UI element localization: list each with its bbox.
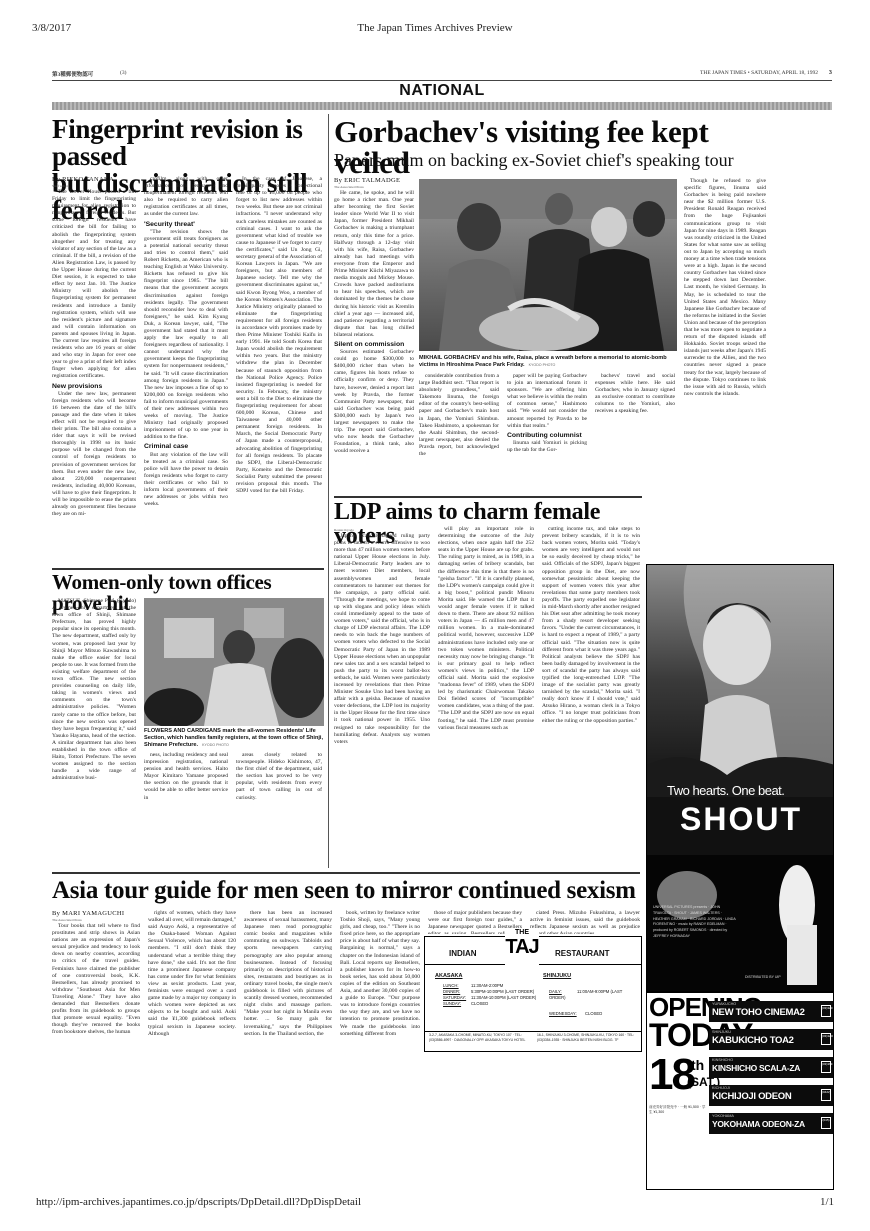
masthead-date: THE JAPAN TIMES • SATURDAY, APRIL 18, 19… (700, 70, 818, 76)
address-rule (425, 1031, 641, 1032)
taj-logo: THE TAJ (505, 929, 539, 969)
gorbachev-subhead: Papers mum on backing ex-Soviet chief's … (334, 150, 734, 171)
women-offices-caption: FLOWERS AND CARDIGANS mark the all-women… (144, 728, 326, 749)
subhead: Contributing columnist (507, 432, 587, 439)
opening-today-panel: OPENING TODAY 18 th (SAT.) 前売券好評発売中 · 一般… (646, 992, 834, 1190)
paragraph: will play an important role in determini… (438, 526, 534, 732)
hours-value: 5:30PM-10:00PM (LAST ORDER) (471, 989, 534, 994)
theater-area: SHINJUKU (712, 1030, 731, 1034)
hours-label: WEDNESDAY: (549, 1011, 585, 1017)
movie-tagline: Two hearts. One beat. (667, 783, 784, 798)
paragraph: Tour books that tell where to find prost… (52, 923, 140, 1037)
theater-phone: (03)3200 (821, 1033, 831, 1045)
browser-print-header: 3/8/2017 The Japan Times Archives Previe… (0, 0, 870, 40)
hours-value: CLOSED (471, 1001, 488, 1006)
asia-tour-byline: By MARI YAMAGUCHI (52, 910, 124, 917)
location-akasaka: AKASAKA (435, 973, 463, 979)
gorbachev-credit: The Associated Press (334, 185, 364, 189)
gorbachev-caption: MIKHAIL GORBACHEV and his wife, Raisa, p… (419, 355, 679, 369)
paragraph: considerable contribution from a large B… (419, 373, 499, 458)
photo-image (419, 179, 677, 351)
paragraph: He came, he spoke, and he will go home a… (334, 190, 414, 339)
fingerprint-credit: Staff writer (52, 184, 68, 188)
paragraph: In the case of Japanese, a municipality … (236, 176, 322, 495)
fingerprint-byline: By RIEKO TANAKA (52, 176, 114, 183)
movie-credits: UNIVERSAL PICTURES presents · JOHN TRAVO… (653, 905, 739, 940)
paragraph: Under the new law, permanent foreign res… (52, 391, 136, 519)
paragraph: cutting income tax, and take steps to pr… (542, 526, 640, 725)
hours-value: 11:30AM-2:00PM (471, 983, 503, 988)
theater-name: YOKOHAMA ODEON-ZA (712, 1119, 805, 1129)
theater-phone: (045) (821, 1117, 831, 1129)
folio-line: 第3種郵便物認可 (3) THE JAPAN TIMES • SATURDAY,… (52, 68, 832, 80)
hours-value: CLOSED (585, 1011, 602, 1016)
women-offices-col-3: areas closely related to townspeople. Hi… (236, 752, 322, 812)
theater-item: SHINJUKU KABUKICHO TOA2 (03)3200 (709, 1029, 833, 1050)
movie-distributor: DISTRIBUTED BY UIP (745, 975, 781, 979)
ldp-col-1: Japan's scandal-plagued ruling party pla… (334, 533, 430, 868)
shinjuku-address: 16-1, SHINJUKU 3-CHOME, SHINJUKU-KU, TOK… (537, 1033, 637, 1042)
hours-row: DAILY:11:00AM-9:00PM (LAST ORDER) (549, 989, 639, 1001)
gorbachev-byline: By ERIC TALMADGE (334, 177, 400, 184)
akasaka-address: 3-2-7, AKASAKA 3-CHOME, MINATO-KU, TOKYO… (429, 1033, 529, 1042)
asia-tour-col-1: Tour books that tell where to find prost… (52, 923, 140, 1043)
hours-label: SUNDAY: (443, 1001, 471, 1007)
caption-text: FLOWERS AND CARDIGANS mark the all-women… (144, 728, 323, 748)
spacer (549, 1001, 639, 1011)
folio-number: (3) (120, 70, 126, 76)
gorbachev-col-1: He came, he spoke, and he will go home a… (334, 190, 414, 490)
ticket-notes: 前売券好評発売中 · 一般 ¥1,500 · 学生 ¥1,300 (649, 1105, 707, 1115)
asia-tour-col-4: book, written by freelance writer Toshio… (340, 910, 420, 1043)
theater-phone: (03)3201 (821, 1005, 831, 1017)
women-offices-col-2: ness, including residency and seal impre… (144, 752, 228, 812)
ldp-col-2: will play an important role in determini… (438, 526, 534, 868)
paragraph: ness, including residency and seal impre… (144, 752, 228, 802)
paragraph: paper will be paying Gorbachev to join a… (507, 373, 587, 430)
women-offices-col-1: MATSUE, Shimane Pref. (Kyodo) A women-on… (52, 598, 136, 868)
logo-name: TAJ (505, 937, 539, 957)
page-count: 1/1 (820, 1196, 834, 1208)
theater-area: KICHIJOJI (712, 1086, 730, 1090)
photo-credit: KYODO PHOTO (529, 363, 556, 367)
paragraph: bachevs' travel and social expenses whil… (595, 373, 675, 416)
paragraph: Sources estimated Gorbachev could go hom… (334, 349, 414, 455)
hours-row: WEDNESDAY:CLOSED (549, 1011, 639, 1017)
akasaka-hours: LUNCH:11:30AM-2:00PM DINNER:5:30PM-10:00… (443, 983, 539, 1007)
subhead: 'Security threat' (144, 221, 228, 228)
window-title: The Japan Times Archives Preview (0, 22, 870, 34)
theater-item: YURAKUCHO NEW TOHO CINEMA2 (03)3201 (709, 1001, 833, 1022)
gorbachev-col-3: paper will be paying Gorbachev to join a… (507, 373, 587, 491)
theater-item: KINSHICHO KINSHICHO SCALA-ZA (03)3631 (709, 1057, 833, 1078)
women-offices-photo (144, 598, 324, 726)
paragraph: Iinuma said Yomiuri is picking up the ta… (507, 440, 587, 454)
newspaper-page: 第3種郵便物認可 (3) THE JAPAN TIMES • SATURDAY,… (52, 68, 832, 1164)
subhead: New provisions (52, 383, 136, 390)
paragraph: Though he refused to give specific figur… (684, 178, 766, 398)
fingerprint-col-1: The Lower House passed a bill Friday to … (52, 189, 136, 561)
paragraph: rights of women, which they have walked … (148, 910, 236, 1038)
photo-credit: KYODO PHOTO (202, 743, 229, 747)
asia-tour-credit: The Associated Press (52, 918, 82, 922)
asia-tour-headline: Asia tour guide for men seen to mirror c… (52, 878, 642, 903)
section-bar (52, 102, 832, 110)
asia-tour-col-2: rights of women, which they have walked … (148, 910, 236, 1043)
movie-title: SHOUT (651, 801, 831, 838)
paragraph: MATSUE, Shimane Pref. (Kyodo) A women-on… (52, 598, 136, 782)
theater-phone: (03)3631 (821, 1061, 831, 1073)
paragraph: there has been an increased awareness of… (244, 910, 332, 1038)
theater-area: YURAKUCHO (712, 1002, 736, 1006)
photo-image (144, 598, 324, 726)
gorbachev-photo (419, 179, 677, 351)
shout-movie-ad: Two hearts. One beat. SHOUT UNIVERSAL PI… (646, 564, 834, 992)
theater-item: KICHIJOJI KICHIJOJI ODEON (0422) (709, 1085, 833, 1106)
theater-name: NEW TOHO CINEMA2 (712, 1007, 805, 1018)
theater-list: YURAKUCHO NEW TOHO CINEMA2 (03)3201 SHIN… (709, 995, 833, 1135)
paragraph: The Lower House passed a bill Friday to … (52, 189, 136, 381)
theater-area: YOKOHAMA (712, 1114, 734, 1118)
taj-restaurant-ad: INDIAN THE TAJ RESTAURANT AKASAKA SHINJU… (424, 936, 642, 1052)
theater-phone: (0422) (821, 1089, 831, 1101)
ldp-credit: Reuter-Kyodo (334, 528, 354, 532)
subhead: Silent on commission (334, 341, 414, 348)
asia-tour-col-6: ciated Press. Mizuho Fukushima, a lawyer… (530, 910, 640, 934)
headline-line: Fingerprint revision is passed (52, 116, 324, 170)
section-title: NATIONAL (52, 82, 832, 100)
page-url: http://ipm-archives.japantimes.co.jp/dps… (36, 1196, 361, 1208)
ldp-col-3: cutting income tax, and take steps to pr… (542, 526, 640, 868)
hours-row: SUNDAY:CLOSED (443, 1001, 539, 1007)
theater-name: KICHIJOJI ODEON (712, 1091, 791, 1102)
gorbachev-col-2: considerable contribution from a large B… (419, 373, 499, 491)
paragraph: areas closely related to townspeople. Hi… (236, 752, 322, 802)
theater-item: YOKOHAMA YOKOHAMA ODEON-ZA (045) (709, 1113, 833, 1134)
folio-code: 第3種郵便物認可 (52, 70, 93, 78)
hours-value: 11:30AM-10:00PM (LAST ORDER) (471, 995, 536, 1000)
section-rule (52, 872, 640, 874)
location-shinjuku: SHINJUKU (543, 973, 571, 979)
paragraph: But any violation of the law will be tre… (144, 452, 228, 509)
subhead: Criminal case (144, 443, 228, 450)
paragraph: "The revision shows the government still… (144, 229, 228, 442)
gorbachev-col-4: bachevs' travel and social expenses whil… (595, 373, 675, 433)
fingerprint-col-3: In the case of Japanese, a municipality … (236, 176, 322, 561)
ad-left-word: INDIAN (449, 949, 477, 958)
page-number: 3 (829, 69, 832, 76)
shinjuku-hours: DAILY:11:00AM-9:00PM (LAST ORDER) WEDNES… (549, 989, 639, 1017)
theater-name: KINSHICHO SCALA-ZA (712, 1063, 800, 1073)
opening-date-suffix: th (691, 1057, 704, 1073)
paragraph: ciated Press. Mizuho Fukushima, a lawyer… (530, 910, 640, 934)
asia-tour-col-3: there has been an increased awareness of… (244, 910, 332, 1043)
theater-name: KABUKICHO TOA2 (712, 1035, 794, 1046)
gorbachev-col-5: Though he refused to give specific figur… (684, 178, 766, 440)
theater-area: KINSHICHO (712, 1058, 733, 1062)
top-rule (52, 80, 832, 81)
ad-right-word: RESTAURANT (555, 949, 610, 958)
section-rule (334, 496, 642, 498)
fingerprint-col-2: crofilm along with other information. Bo… (144, 176, 228, 561)
paragraph: crofilm along with other information. Bo… (144, 176, 228, 219)
paragraph: Japan's scandal-plagued ruling party pla… (334, 533, 430, 746)
paragraph: book, written by freelance writer Toshio… (340, 910, 420, 1038)
column-divider (328, 114, 329, 868)
